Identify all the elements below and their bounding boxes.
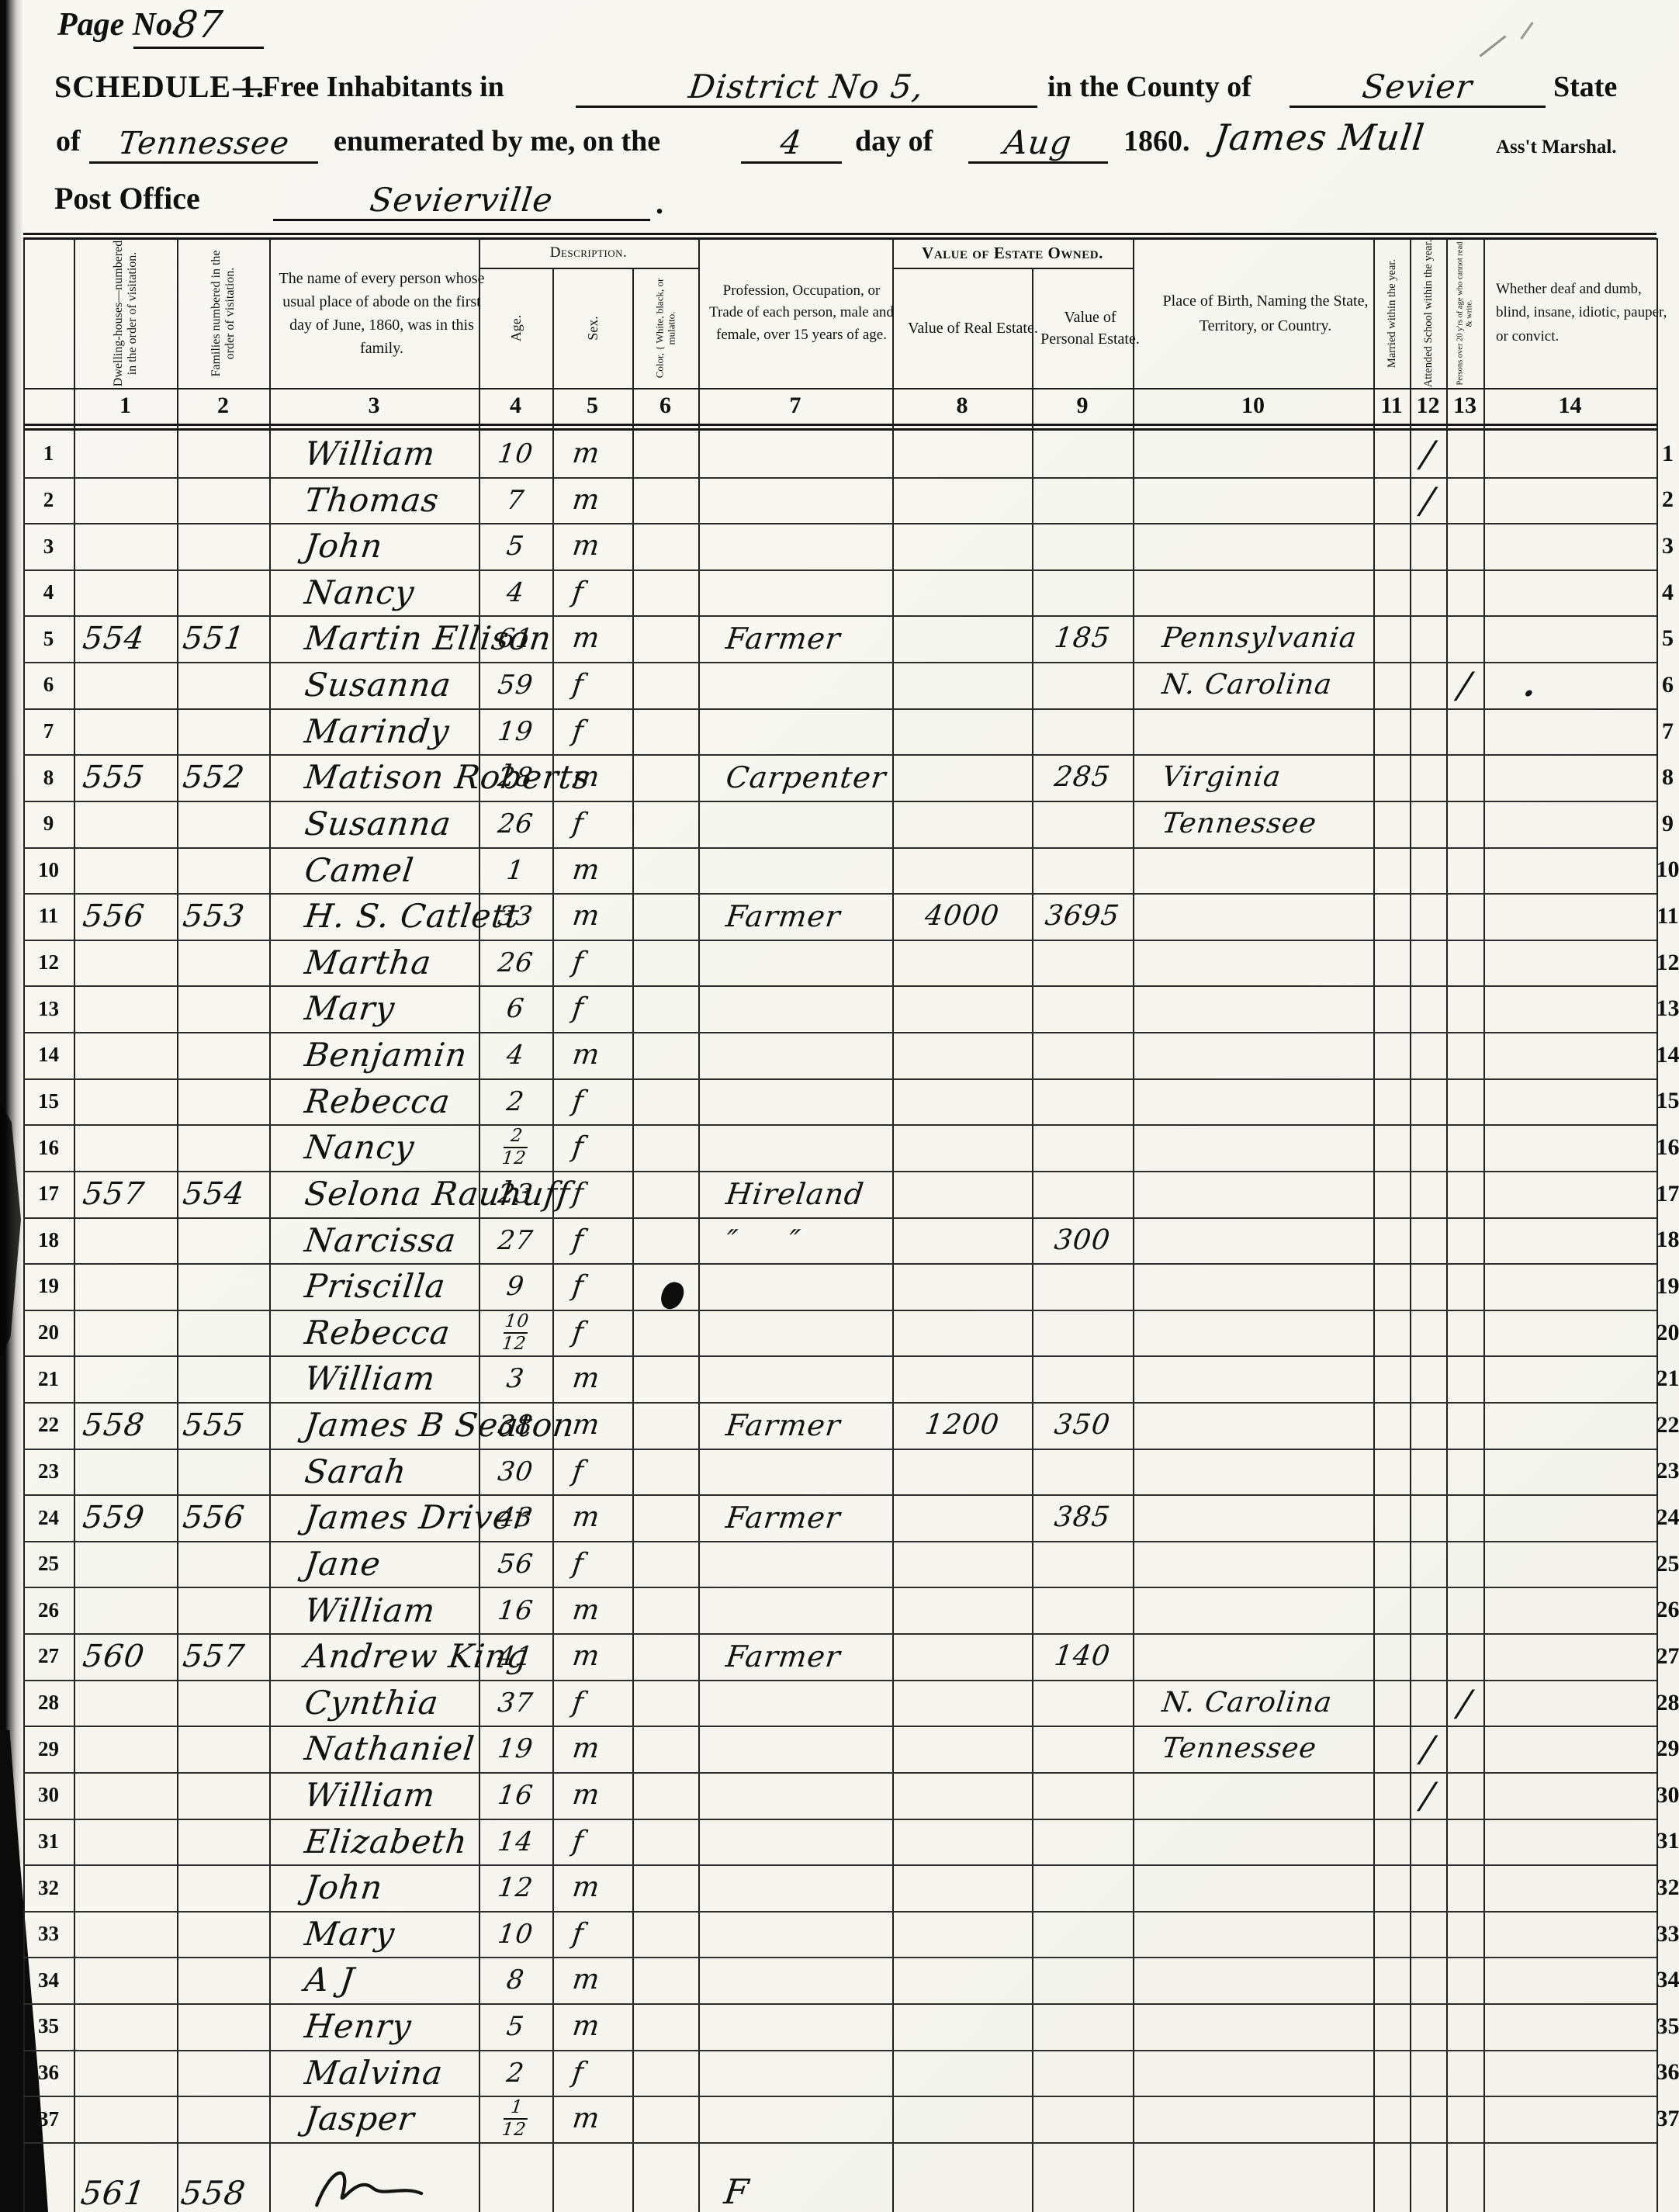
personal-estate-cell xyxy=(1029,847,1135,894)
family-number-cell xyxy=(174,1217,278,1264)
personal-estate-cell xyxy=(1029,940,1135,986)
birthplace-cell xyxy=(1130,1633,1405,1680)
color-cell xyxy=(629,1494,701,1541)
occupation-cell xyxy=(695,1355,923,1402)
line-number-left: 20 xyxy=(23,1310,74,1356)
table-row: 6 Susanna 59 f N. Carolina / . 6 xyxy=(23,662,1679,708)
school-cell xyxy=(1407,1310,1449,1356)
family-number-cell: 555 xyxy=(174,1402,278,1449)
school-cell xyxy=(1407,801,1449,847)
age-cell: 5 xyxy=(476,2003,555,2050)
schedule-heading-rest: —Free Inhabitants in xyxy=(233,70,504,104)
table-row: 24 559 556 James Driver 43 m Farmer 385 … xyxy=(23,1494,1679,1541)
married-cell xyxy=(1370,1449,1412,1495)
personal-estate-cell xyxy=(1029,1124,1135,1171)
birthplace-cell xyxy=(1130,1402,1405,1449)
personal-estate-cell: 350 xyxy=(1029,1402,1135,1449)
age-cell: 2 xyxy=(476,2050,555,2096)
real-estate-cell xyxy=(889,1911,1034,1958)
color-cell xyxy=(629,1124,701,1171)
married-cell xyxy=(1370,1124,1412,1171)
line-number-right: 17 xyxy=(1656,1171,1679,1217)
real-estate-cell: 1200 xyxy=(889,1402,1034,1449)
age-cell: 41 xyxy=(476,1633,555,1680)
personal-estate-cell xyxy=(1029,1911,1135,1958)
personal-estate-cell xyxy=(1029,1355,1135,1402)
dwelling-number-cell xyxy=(71,569,189,616)
column-number: 3 xyxy=(269,388,479,424)
line-number-right: 28 xyxy=(1656,1680,1679,1726)
family-number-cell xyxy=(174,1355,278,1402)
married-cell xyxy=(1370,2096,1412,2142)
family-number-cell xyxy=(174,523,278,569)
dwelling-number-cell xyxy=(71,1819,189,1865)
school-cell xyxy=(1407,1587,1449,1634)
family-number-cell xyxy=(174,1078,278,1125)
line-number-right: 27 xyxy=(1656,1633,1679,1680)
line-number-right: 25 xyxy=(1656,1541,1679,1587)
school-cell xyxy=(1407,1263,1449,1310)
age-cell: 16 xyxy=(476,1587,555,1634)
line-number-left: 33 xyxy=(23,1911,74,1958)
birthplace-cell xyxy=(1130,1449,1405,1495)
age-cell: 8 xyxy=(476,1957,555,2003)
line-number-left: 36 xyxy=(23,2050,74,2096)
dwelling-number-cell xyxy=(71,1957,189,2003)
dwelling-number-cell xyxy=(71,1726,189,1772)
age-cell: 7 xyxy=(476,477,555,524)
school-cell xyxy=(1407,1124,1449,1171)
age-cell: 28 xyxy=(476,754,555,801)
line-number-left: 21 xyxy=(23,1355,74,1402)
line-number-right: 2 xyxy=(1656,477,1679,524)
married-cell xyxy=(1370,615,1412,662)
school-cell xyxy=(1407,1911,1449,1958)
illiterate-cell xyxy=(1443,940,1486,986)
school-cell xyxy=(1407,615,1449,662)
column-header-personal-estate: Value of Personal Estate. xyxy=(1032,268,1148,388)
dwelling-number-cell xyxy=(71,1078,189,1125)
real-estate-cell xyxy=(889,1171,1034,1217)
table-row: 12 Martha 26 f 12 xyxy=(23,940,1679,986)
line-number-right: 19 xyxy=(1656,1263,1679,1310)
dwelling-number-cell: 559 xyxy=(71,1494,189,1541)
age-cell: 16 xyxy=(476,1772,555,1819)
school-cell xyxy=(1407,1819,1449,1865)
illiterate-cell xyxy=(1443,431,1486,477)
color-cell xyxy=(629,1633,701,1680)
married-cell xyxy=(1370,2050,1412,2096)
occupation-cell: F xyxy=(694,2142,924,2212)
line-number-left: 12 xyxy=(23,940,74,986)
married-cell xyxy=(1370,662,1412,708)
line-number-right: 30 xyxy=(1656,1772,1679,1819)
real-estate-cell xyxy=(889,1957,1034,2003)
dwelling-number-cell: 554 xyxy=(71,615,189,662)
dwelling-number-cell xyxy=(71,985,189,1032)
married-cell xyxy=(1370,1171,1412,1217)
occupation-cell xyxy=(695,985,923,1032)
district-blank: District No 5, xyxy=(576,65,1037,108)
line-number-left: 37 xyxy=(23,2096,74,2142)
real-estate-cell xyxy=(889,1587,1034,1634)
dwelling-number-cell xyxy=(71,847,189,894)
remarks-cell xyxy=(1480,1263,1679,1310)
color-cell xyxy=(629,1819,701,1865)
dwelling-number-cell: 556 xyxy=(71,893,189,940)
color-cell xyxy=(629,431,701,477)
line-number-left: 25 xyxy=(23,1541,74,1587)
married-cell xyxy=(1370,754,1412,801)
enumerated-label: enumerated by me, on the xyxy=(334,124,660,158)
occupation-cell xyxy=(695,801,923,847)
married-cell xyxy=(1370,1819,1412,1865)
remarks-cell xyxy=(1480,615,1679,662)
school-cell xyxy=(1407,1864,1449,1911)
remarks-cell xyxy=(1480,801,1679,847)
table-row: 34 A J 8 m 34 xyxy=(23,1957,1679,2003)
table-row: 36 Malvina 2 f 36 xyxy=(23,2050,1679,2096)
dwelling-number-cell: 555 xyxy=(71,754,189,801)
school-cell xyxy=(1407,523,1449,569)
line-number-right: 9 xyxy=(1656,801,1679,847)
family-number-cell xyxy=(174,708,278,755)
dwelling-number-cell xyxy=(71,1911,189,1958)
age-cell: 14 xyxy=(476,1819,555,1865)
personal-estate-cell xyxy=(1029,985,1135,1032)
school-cell xyxy=(1407,847,1449,894)
color-cell xyxy=(629,662,701,708)
state-word: State xyxy=(1553,70,1617,104)
table-row: 9 Susanna 26 f Tennessee 9 xyxy=(23,801,1679,847)
line-number-right: 7 xyxy=(1656,708,1679,755)
county-label: in the County of xyxy=(1047,70,1251,104)
color-cell xyxy=(629,477,701,524)
real-estate-cell xyxy=(889,985,1034,1032)
occupation-cell xyxy=(695,662,923,708)
real-estate-cell xyxy=(889,431,1034,477)
table-row: 17 557 554 Selona Rauhuff 23 f Hireland … xyxy=(23,1171,1679,1217)
line-number-left: 28 xyxy=(23,1680,74,1726)
age-cell: 26 xyxy=(476,940,555,986)
age-cell: 10 xyxy=(476,431,555,477)
illiterate-cell: / xyxy=(1443,662,1486,708)
table-row: 31 Elizabeth 14 f 31 xyxy=(23,1819,1679,1865)
occupation-cell: ″ ″ xyxy=(695,1217,923,1264)
dwelling-number-cell xyxy=(71,477,189,524)
line-number-left: 26 xyxy=(23,1587,74,1634)
personal-estate-cell xyxy=(1029,431,1135,477)
column-header-family: Families numbered in the order of visita… xyxy=(177,238,269,388)
school-cell xyxy=(1407,1541,1449,1587)
remarks-cell xyxy=(1480,1587,1679,1634)
line-number-left: 17 xyxy=(23,1171,74,1217)
remarks-cell xyxy=(1480,2003,1679,2050)
column-number: 12 xyxy=(1410,388,1446,424)
birthplace-cell xyxy=(1130,1911,1405,1958)
dwelling-number-cell: 560 xyxy=(71,1633,189,1680)
age-cell: 43 xyxy=(476,1494,555,1541)
married-cell xyxy=(1370,1078,1412,1125)
real-estate-cell xyxy=(889,1494,1034,1541)
line-number-right: 15 xyxy=(1656,1078,1679,1125)
remarks-cell xyxy=(1480,1494,1679,1541)
remarks-cell xyxy=(1480,569,1679,616)
married-cell xyxy=(1370,1587,1412,1634)
personal-estate-cell xyxy=(1029,1957,1135,2003)
remarks-cell: . xyxy=(1480,662,1679,708)
dwelling-number-cell xyxy=(71,1310,189,1356)
school-cell xyxy=(1407,708,1449,755)
color-cell xyxy=(629,2003,701,2050)
illiterate-cell xyxy=(1443,1402,1486,1449)
family-number-cell xyxy=(174,2050,278,2096)
table-row: 16 Nancy 212 f 16 xyxy=(23,1124,1679,1171)
family-number-cell xyxy=(174,1819,278,1865)
family-number-cell xyxy=(174,1864,278,1911)
line-number-left: 8 xyxy=(23,754,74,801)
personal-estate-cell xyxy=(1029,569,1135,616)
real-estate-cell xyxy=(889,1310,1034,1356)
column-header-sex: Sex. xyxy=(552,268,632,388)
illiterate-cell xyxy=(1443,1355,1486,1402)
table-row: 20 Rebecca 1012 f 20 xyxy=(23,1310,1679,1356)
line-number-left: 15 xyxy=(23,1078,74,1125)
personal-estate-cell xyxy=(1029,1263,1135,1310)
color-cell xyxy=(629,2096,701,2142)
birthplace-cell xyxy=(1130,1494,1405,1541)
dwelling-number-cell xyxy=(71,801,189,847)
personal-estate-cell xyxy=(1029,1772,1135,1819)
married-cell xyxy=(1370,477,1412,524)
married-cell xyxy=(1370,569,1412,616)
table-row: 35 Henry 5 m 35 xyxy=(23,2003,1679,2050)
color-cell xyxy=(629,708,701,755)
line-number-left: 14 xyxy=(23,1032,74,1078)
birthplace-cell xyxy=(1130,431,1405,477)
description-group-header: Description. xyxy=(479,238,698,268)
state-value: Tennessee xyxy=(116,126,291,161)
occupation-cell: Farmer xyxy=(695,1633,923,1680)
birthplace-cell xyxy=(1130,523,1405,569)
real-estate-cell xyxy=(889,1355,1034,1402)
color-cell xyxy=(629,1032,701,1078)
school-cell: / xyxy=(1407,431,1449,477)
illiterate-cell xyxy=(1443,1633,1486,1680)
family-number-cell xyxy=(174,1449,278,1495)
married-cell xyxy=(1370,940,1412,986)
birthplace-cell xyxy=(1130,1355,1405,1402)
family-number-cell xyxy=(174,801,278,847)
color-cell xyxy=(629,2050,701,2096)
table-row: 29 Nathaniel 19 m Tennessee / 29 xyxy=(23,1726,1679,1772)
remarks-cell xyxy=(1480,1355,1679,1402)
birthplace-cell xyxy=(1130,1957,1405,2003)
color-cell xyxy=(629,1449,701,1495)
school-cell xyxy=(1407,1402,1449,1449)
table-row: 11 556 553 H. S. Catlett 33 m Farmer 400… xyxy=(23,893,1679,940)
table-row: 28 Cynthia 37 f N. Carolina / 28 xyxy=(23,1680,1679,1726)
birthplace-cell xyxy=(1130,1819,1405,1865)
dwelling-number-cell xyxy=(71,1680,189,1726)
real-estate-cell xyxy=(889,615,1034,662)
column-header-remarks: Whether deaf and dumb, blind, insane, id… xyxy=(1483,238,1679,388)
personal-estate-cell xyxy=(1029,1819,1135,1865)
line-number-left: 11 xyxy=(23,893,74,940)
married-cell xyxy=(1370,1633,1412,1680)
table-row: 13 Mary 6 f 13 xyxy=(23,985,1679,1032)
real-estate-cell xyxy=(889,523,1034,569)
real-estate-cell xyxy=(889,1217,1034,1264)
name-cell xyxy=(269,2142,514,2212)
birthplace-cell xyxy=(1130,1078,1405,1125)
birthplace-cell xyxy=(1130,1217,1405,1264)
real-estate-cell xyxy=(889,708,1034,755)
age-cell: 59 xyxy=(476,662,555,708)
line-number-right: 20 xyxy=(1656,1310,1679,1356)
dwelling-number-cell xyxy=(71,431,189,477)
age-cell: 19 xyxy=(476,708,555,755)
dwelling-number-cell xyxy=(71,1263,189,1310)
line-number-right: 37 xyxy=(1656,2096,1679,2142)
table-row: 10 Camel 1 m 10 xyxy=(23,847,1679,894)
personal-estate-cell: 300 xyxy=(1029,1217,1135,1264)
real-estate-cell xyxy=(889,1078,1034,1125)
column-number: 13 xyxy=(1446,388,1483,424)
married-cell xyxy=(1370,1772,1412,1819)
color-cell xyxy=(629,1957,701,2003)
table-row: 30 William 16 m / 30 xyxy=(23,1772,1679,1819)
dwelling-number-cell xyxy=(71,523,189,569)
family-number-cell xyxy=(174,2096,278,2142)
color-cell xyxy=(629,1355,701,1402)
remarks-cell xyxy=(1480,477,1679,524)
age-cell: 1012 xyxy=(476,1310,555,1356)
married-cell xyxy=(1370,523,1412,569)
table-row: 32 John 12 m 32 xyxy=(23,1864,1679,1911)
married-cell xyxy=(1370,1263,1412,1310)
column-number: 10 xyxy=(1133,388,1373,424)
birthplace-cell xyxy=(1130,1587,1405,1634)
age-cell: 6 xyxy=(476,985,555,1032)
school-cell xyxy=(1407,754,1449,801)
school-cell xyxy=(1407,2050,1449,2096)
personal-estate-cell xyxy=(1029,477,1135,524)
remarks-cell xyxy=(1480,1864,1679,1911)
occupation-cell xyxy=(695,1819,923,1865)
illiterate-cell xyxy=(1443,1911,1486,1958)
line-number-right: 21 xyxy=(1656,1355,1679,1402)
age-cell: 27 xyxy=(476,1217,555,1264)
school-cell xyxy=(1407,1171,1449,1217)
column-header-married: Married within the year. xyxy=(1373,238,1410,388)
color-cell xyxy=(629,985,701,1032)
illiterate-cell xyxy=(1443,1772,1486,1819)
age-cell: 5 xyxy=(476,523,555,569)
column-header-illiterate: Persons over 20 y'rs of age who cannot r… xyxy=(1446,238,1483,388)
table-row: 4 Nancy 4 f 4 xyxy=(23,569,1679,616)
birthplace-cell xyxy=(1130,1310,1405,1356)
occupation-cell: Farmer xyxy=(695,615,923,662)
remarks-cell xyxy=(1480,847,1679,894)
table-row-partial: 561 558 F xyxy=(23,2142,1679,2212)
family-number-cell: 558 xyxy=(172,2142,279,2212)
dwelling-number-cell xyxy=(71,1124,189,1171)
occupation-cell xyxy=(695,708,923,755)
day-of-label: day of xyxy=(855,124,933,158)
illiterate-cell xyxy=(1443,754,1486,801)
birthplace-cell xyxy=(1130,1864,1405,1911)
column-header-name: The name of every person whose usual pla… xyxy=(269,238,494,388)
age-cell: 26 xyxy=(476,801,555,847)
marshal-signature: James Mull xyxy=(1212,116,1428,158)
married-cell xyxy=(1370,1494,1412,1541)
real-estate-cell xyxy=(889,1864,1034,1911)
family-number-cell xyxy=(174,477,278,524)
family-number-cell: 556 xyxy=(174,1494,278,1541)
remarks-cell xyxy=(1480,1726,1679,1772)
birthplace-cell xyxy=(1130,1772,1405,1819)
school-cell xyxy=(1407,1032,1449,1078)
illiterate-cell xyxy=(1443,615,1486,662)
color-cell xyxy=(629,1587,701,1634)
remarks-cell xyxy=(1480,1772,1679,1819)
occupation-cell xyxy=(695,2003,923,2050)
remarks-cell xyxy=(1480,523,1679,569)
occupation-cell xyxy=(695,1587,923,1634)
column-header-school: Attended School within the year. xyxy=(1410,238,1446,388)
census-sheet: Page No. 87 SCHEDULE 1. —Free Inhabitant… xyxy=(0,0,1679,2212)
personal-estate-cell xyxy=(1029,523,1135,569)
real-estate-cell: 4000 xyxy=(889,893,1034,940)
state-blank: Tennessee xyxy=(89,121,318,164)
birthplace-cell: Pennsylvania xyxy=(1130,615,1405,662)
illiterate-cell xyxy=(1443,1819,1486,1865)
dwelling-number-cell xyxy=(71,1449,189,1495)
line-number-right: 8 xyxy=(1656,754,1679,801)
personal-estate-cell xyxy=(1029,1541,1135,1587)
occupation-cell xyxy=(695,1263,923,1310)
dwelling-number-cell xyxy=(71,1355,189,1402)
line-number-left: 5 xyxy=(23,615,74,662)
table-row: 15 Rebecca 2 f 15 xyxy=(23,1078,1679,1125)
family-number-cell xyxy=(174,1032,278,1078)
married-cell xyxy=(1370,1911,1412,1958)
age-cell: 61 xyxy=(476,615,555,662)
personal-estate-cell xyxy=(1029,2003,1135,2050)
line-number-right: 24 xyxy=(1656,1494,1679,1541)
dwelling-number-cell xyxy=(71,1772,189,1819)
column-number: 9 xyxy=(1032,388,1133,424)
family-number-cell: 552 xyxy=(174,754,278,801)
line-number-right: 34 xyxy=(1656,1957,1679,2003)
remarks-cell xyxy=(1480,1449,1679,1495)
estate-group-header: Value of Estate Owned. xyxy=(892,238,1133,268)
line-number-right: 6 xyxy=(1656,662,1679,708)
illegible-handwriting xyxy=(305,2142,514,2212)
color-cell xyxy=(629,615,701,662)
age-cell: 3 xyxy=(476,1355,555,1402)
personal-estate-cell xyxy=(1029,1726,1135,1772)
line-number-left: 6 xyxy=(23,662,74,708)
line-number-right: 23 xyxy=(1656,1449,1679,1495)
occupation-cell xyxy=(695,1911,923,1958)
illiterate-cell xyxy=(1443,2003,1486,2050)
line-number-left: 18 xyxy=(23,1217,74,1264)
remarks-cell xyxy=(1480,1402,1679,1449)
school-cell: / xyxy=(1407,1772,1449,1819)
color-cell xyxy=(629,801,701,847)
